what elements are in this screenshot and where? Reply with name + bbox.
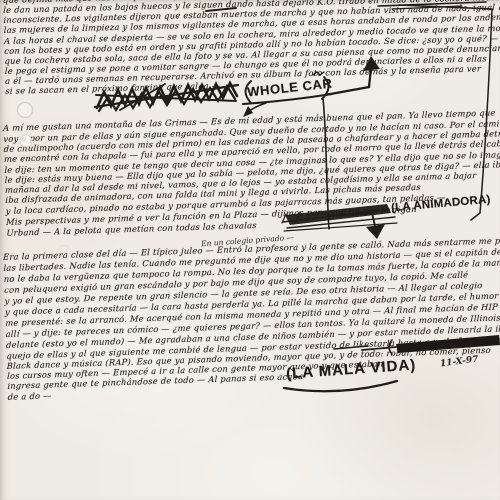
handwritten-line: de a do — [8, 391, 52, 401]
date-annotation: 11-X-97 [440, 355, 479, 370]
arrow-down-connector [330, 213, 385, 239]
underline-swoosh [284, 381, 397, 391]
paragraph-block-middle: A mí me gustan una montaña de las Grimas… [0, 108, 500, 124]
manuscript-page: que definía más que nada al que salía po… [0, 0, 500, 500]
